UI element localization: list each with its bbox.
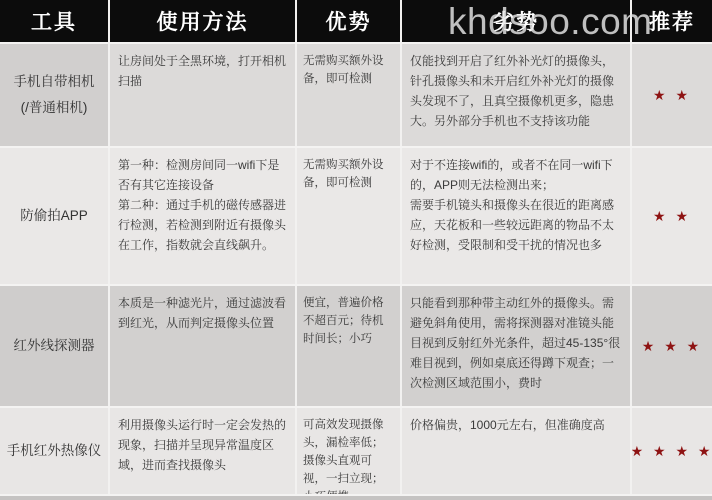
header-tool: 工具 [0, 0, 108, 42]
advantage-cell: 无需购买额外设备，即可检测 [295, 148, 400, 284]
advantage-cell: 可高效发现摄像头，漏检率低；摄像头直观可视，一扫立现；小巧便携 [295, 408, 400, 494]
camera-detection-comparison-table: khdsoo.com 工具 使用方法 优势 劣势 推荐 手机自带相机 (/普通相… [0, 0, 712, 500]
table-row-anti-spy-app: 防偷拍APP 第一种：检测房间同一wifi下是否有其它连接设备 第二种：通过手机… [0, 146, 712, 284]
method-cell: 本质是一种滤光片，通过滤波看到红光，从而判定摄像头位置 [108, 286, 295, 406]
disadvantage-cell: 价格偏贵，1000元左右，但准确度高 [400, 408, 630, 494]
disadvantage-cell: 仅能找到开启了红外补光灯的摄像头，针孔摄像头和未开启红外补光灯的摄像头发现不了，… [400, 44, 630, 146]
method-cell: 第一种：检测房间同一wifi下是否有其它连接设备 第二种：通过手机的磁传感器进行… [108, 148, 295, 284]
table-row-infrared-detector: 红外线探测器 本质是一种滤光片，通过滤波看到红光，从而判定摄像头位置 便宜，普遍… [0, 284, 712, 406]
tool-name: 红外线探测器 [0, 286, 108, 406]
header-method: 使用方法 [108, 0, 295, 42]
rating-stars: ★ ★ [630, 44, 712, 146]
table-row-thermal-imager: 手机红外热像仪 利用摄像头运行时一定会发热的现象，扫描并呈现异常温度区域，进而查… [0, 406, 712, 494]
advantage-cell: 便宜，普遍价格不超百元；待机时间长；小巧 [295, 286, 400, 406]
tool-name: 手机自带相机 (/普通相机) [0, 44, 108, 146]
rating-stars: ★ ★ [630, 148, 712, 284]
header-recommendation: 推荐 [630, 0, 712, 42]
next-row-edge [0, 494, 712, 500]
table-row-phone-camera: 手机自带相机 (/普通相机) 让房间处于全黑环境，打开相机扫描 无需购买额外设备… [0, 42, 712, 146]
method-cell: 利用摄像头运行时一定会发热的现象，扫描并呈现异常温度区域，进而查找摄像头 [108, 408, 295, 494]
header-row: 工具 使用方法 优势 劣势 推荐 [0, 0, 712, 42]
tool-name: 防偷拍APP [0, 148, 108, 284]
header-disadvantage: 劣势 [400, 0, 630, 42]
disadvantage-cell: 对于不连接wifi的，或者不在同一wifi下的，APP则无法检测出来； 需要手机… [400, 148, 630, 284]
header-advantage: 优势 [295, 0, 400, 42]
method-cell: 让房间处于全黑环境，打开相机扫描 [108, 44, 295, 146]
tool-name: 手机红外热像仪 [0, 408, 108, 494]
rating-stars: ★ ★ ★ ★ [630, 408, 712, 494]
advantage-cell: 无需购买额外设备，即可检测 [295, 44, 400, 146]
rating-stars: ★ ★ ★ [630, 286, 712, 406]
disadvantage-cell: 只能看到那种带主动红外的摄像头。需避免斜角使用，需将探测器对准镜头能目视到反射红… [400, 286, 630, 406]
